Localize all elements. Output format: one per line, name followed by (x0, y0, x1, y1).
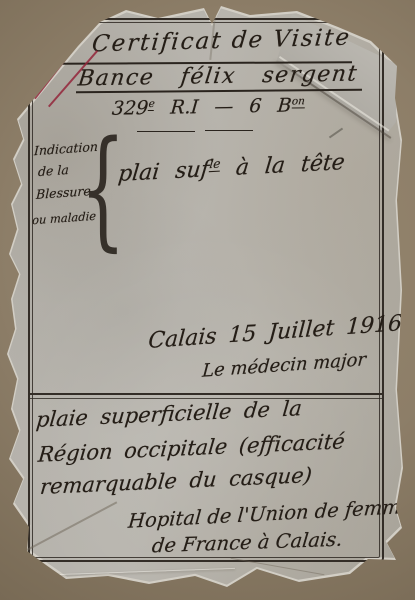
photo-background: Certificat de Visite Bance félix sergent… (0, 0, 415, 600)
unit-line: 329e R.I — 6 Bon (111, 94, 305, 119)
short-rule-right (205, 130, 253, 131)
document-paper: Certificat de Visite Bance félix sergent… (0, 0, 415, 600)
battalion-sup: on (291, 95, 305, 108)
wound-text-start: plai suf (117, 157, 210, 187)
section-divider-thin (30, 398, 382, 399)
red-tick (29, 54, 38, 64)
regiment-label: R.I — (170, 96, 235, 119)
short-rule-left (137, 131, 195, 132)
regiment-number: 329 (111, 97, 149, 120)
section-divider (30, 393, 382, 395)
battalion-label: 6 B (248, 95, 292, 118)
soldier-name-line: Bance félix sergent (76, 62, 359, 92)
wound-text-sup: le (209, 156, 222, 172)
wound-label-line-2: de la (38, 162, 69, 179)
regiment-sup: e (148, 98, 155, 111)
